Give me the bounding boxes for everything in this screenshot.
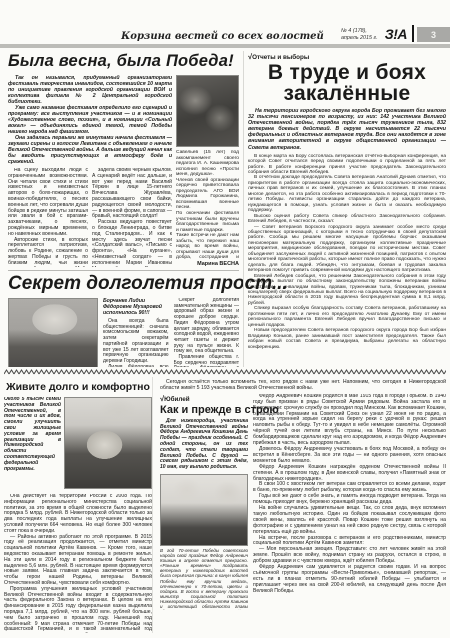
paragraph: — Совет ветеранов Борского городского ок… [248,225,446,274]
jubilee-portrait-photo [8,298,98,367]
title-line-2: закалённые [248,83,446,104]
article-title: Как и прежде в строю [160,404,248,416]
paragraph: — Моя персональная эмоция. Представьте: … [253,547,446,565]
article-divider [8,270,239,271]
veteran-award-photo [160,474,248,546]
bottom-section: Живите долго и комфортно Около 5 тысяч с… [0,377,450,633]
issue-info: № 4 (178), апрель 2015 г. [341,28,385,42]
paragraph: Такие встречи не дают нам забыть, что пе… [176,233,239,259]
article-body: В конце марта на Бору состоялась ветеран… [248,154,446,350]
paragraph: Савельев (15 лет) под аккомпанемент свое… [176,150,239,178]
paragraph: Фёдор Андреевич Кошкин награждён орденом… [253,465,446,483]
paragraph: На сцену выходили люди с ограниченными в… [8,168,88,238]
article-layout: Борчанке Лидии Фёдоровне Мухаровой испол… [8,298,239,367]
page-number-group: 3 [412,25,450,42]
paragraph: По окончании фестиваля участникам были в… [176,211,239,233]
article-column-2: задела своим чёрным крылом. А сценарий в… [92,168,172,267]
article-column-2: Секрет долголетия замечательной женщины … [174,298,240,367]
wavy-divider [4,369,446,375]
paragraph: Высоко оценил работу Совета спикер облас… [248,214,446,225]
paragraph: В конце марта на Бору состоялась ветеран… [248,154,446,176]
top-left-column: Была весна, была Победа! Так он называлс… [8,51,239,367]
newspaper-page: Корзина вестей со всех волостей № 4 (178… [0,0,450,638]
paragraph: Членов своей организации сердечно привет… [176,178,239,211]
paragraph: В отчётном докладе председатель Совета в… [248,175,446,213]
article-layout: Так он назывался, придуманный организато… [8,75,239,267]
article-column-1: Борчанке Лидии Фёдоровне Мухаровой испол… [103,298,169,367]
author-signature: Марина ВЕСНА [176,261,239,267]
section-intro: Сегодня остаётся только вспомнить тех, к… [160,380,446,392]
column-divider [243,51,244,367]
paragraph: На территории городского округа города Б… [248,108,446,151]
article-lead: Так он назывался, придуманный организато… [8,75,172,165]
paragraph: Она всегда была общественницей: сначала … [103,319,169,365]
paragraph: Фёдор Андреевич Кошкин родился в мае 191… [253,394,446,447]
article-lead: Для нижегородца, участника Великой Отече… [160,419,248,471]
article-lead: На территории городского округа города Б… [248,108,446,151]
newspaper-logo: З!А [385,26,412,42]
kicker-label: Отчеты и выборы [252,54,309,61]
paragraph: Евгений Лебедев сообщил, что решением За… [248,274,446,307]
top-section: Была весна, была Победа! Так он называлс… [0,51,450,367]
paragraph: Новым председателем Совета ветеранов гор… [248,328,446,350]
paragraph: Программа улучшения жилищных условий уча… [4,587,152,633]
paragraph: задела своим чёрным крылом. А сценарий в… [92,168,172,220]
paragraph: Она действует на территории России с 200… [4,494,152,535]
masthead: Корзина вестей со всех волостей № 4 (178… [0,0,450,42]
newspaper-motto: Корзина вестей со всех волостей [0,31,341,42]
paragraph: Рассказ ведущего повествует о блокаде Ле… [92,220,172,267]
paragraph: Правление общества г. Бор сердечно поздр… [174,355,240,367]
paragraph: Секрет долголетия замечательной женщины … [174,298,240,355]
paragraph: Уже само название фестиваля определило е… [8,105,172,135]
masthead-rule [0,44,450,48]
paragraph: На войне случались удивительные вещи. Та… [253,506,446,536]
paragraph: Так он назывался, придуманный организато… [8,75,172,105]
article-lead: Около 5 тысяч семей участников Великой О… [4,397,61,491]
article-sekret-dolgoletiya: Секрет долголетия прост... Борчанке Лиди… [8,273,239,367]
section-kicker: √Отчеты и выборы [248,52,446,61]
issue-date: апрель 2015 г. [341,35,378,41]
article-main: Так он назывался, придуманный организато… [8,75,172,267]
page-number: 3 [417,27,450,42]
paragraph: Фёдор Андреевич сам удивляется и радуетс… [253,565,446,595]
article-left-column: √Юбилей Как и прежде в строю Для нижегор… [160,394,248,610]
article-body: Она действует на территории России с 200… [4,494,152,633]
paragraph: Авторские стихи, в которых переплетаются… [8,238,88,267]
title-line-1: В труде и боях [248,62,446,83]
article-sidebar: Савельев (15 лет) под аккомпанемент свое… [176,75,239,267]
article-layout: Около 5 тысяч семей участников Великой О… [4,397,152,491]
article-column-3: Савельев (15 лет) под аккомпанемент свое… [176,150,239,259]
paragraph: Спикер выразил особую благодарность сост… [248,306,446,328]
paragraph: — Районы активно работают по этой програ… [4,535,152,587]
paragraph: Она задалась первыми же минутами начала … [8,135,172,165]
section-kicker: √Юбилей [160,394,248,403]
article-column-1-text: Она всегда была общественницей: сначала … [103,319,169,367]
article-title: Живите долго и комфортно [4,381,152,393]
article-title: Секрет долголетия прост... [8,273,239,295]
article-layout: √Юбилей Как и прежде в строю Для нижегор… [160,394,446,610]
page-number-divider [412,25,414,42]
article-zhivite-dolgo: Живите долго и комфортно Около 5 тысяч с… [4,377,152,633]
article-v-trude-i-boyah: √Отчеты и выборы В труде и боях закалённ… [248,51,446,367]
kicker-label: Юбилей [164,396,190,403]
photo-caption: В год 70-летия Победы советского народа … [160,548,248,610]
article-columns: На сцену выходили люди с ограниченными в… [8,168,172,267]
article-title: Была весна, была Победа! [8,52,239,71]
festival-photo [176,75,239,147]
paragraph: Лидия Фёдоровна всю свою жизнь посвятила… [103,365,169,367]
article-intro: Борчанке Лидии Фёдоровне Мухаровой испол… [103,298,169,316]
veteran-with-flowers-photo [64,397,152,489]
article-byla-vesna: Была весна, была Победа! Так он называлс… [8,52,239,267]
paragraph: Довелось Фёдору Андреевичу участвовать в… [253,447,446,465]
article-column-1: На сцену выходили люди с ограниченными в… [8,168,88,267]
article-body: Фёдор Андреевич Кошкин родился в мае 191… [253,394,446,610]
article-title: В труде и боях закалённые [248,62,446,104]
article-kak-i-prezhde: Сегодня остаётся только вспомнить тех, к… [152,377,446,633]
